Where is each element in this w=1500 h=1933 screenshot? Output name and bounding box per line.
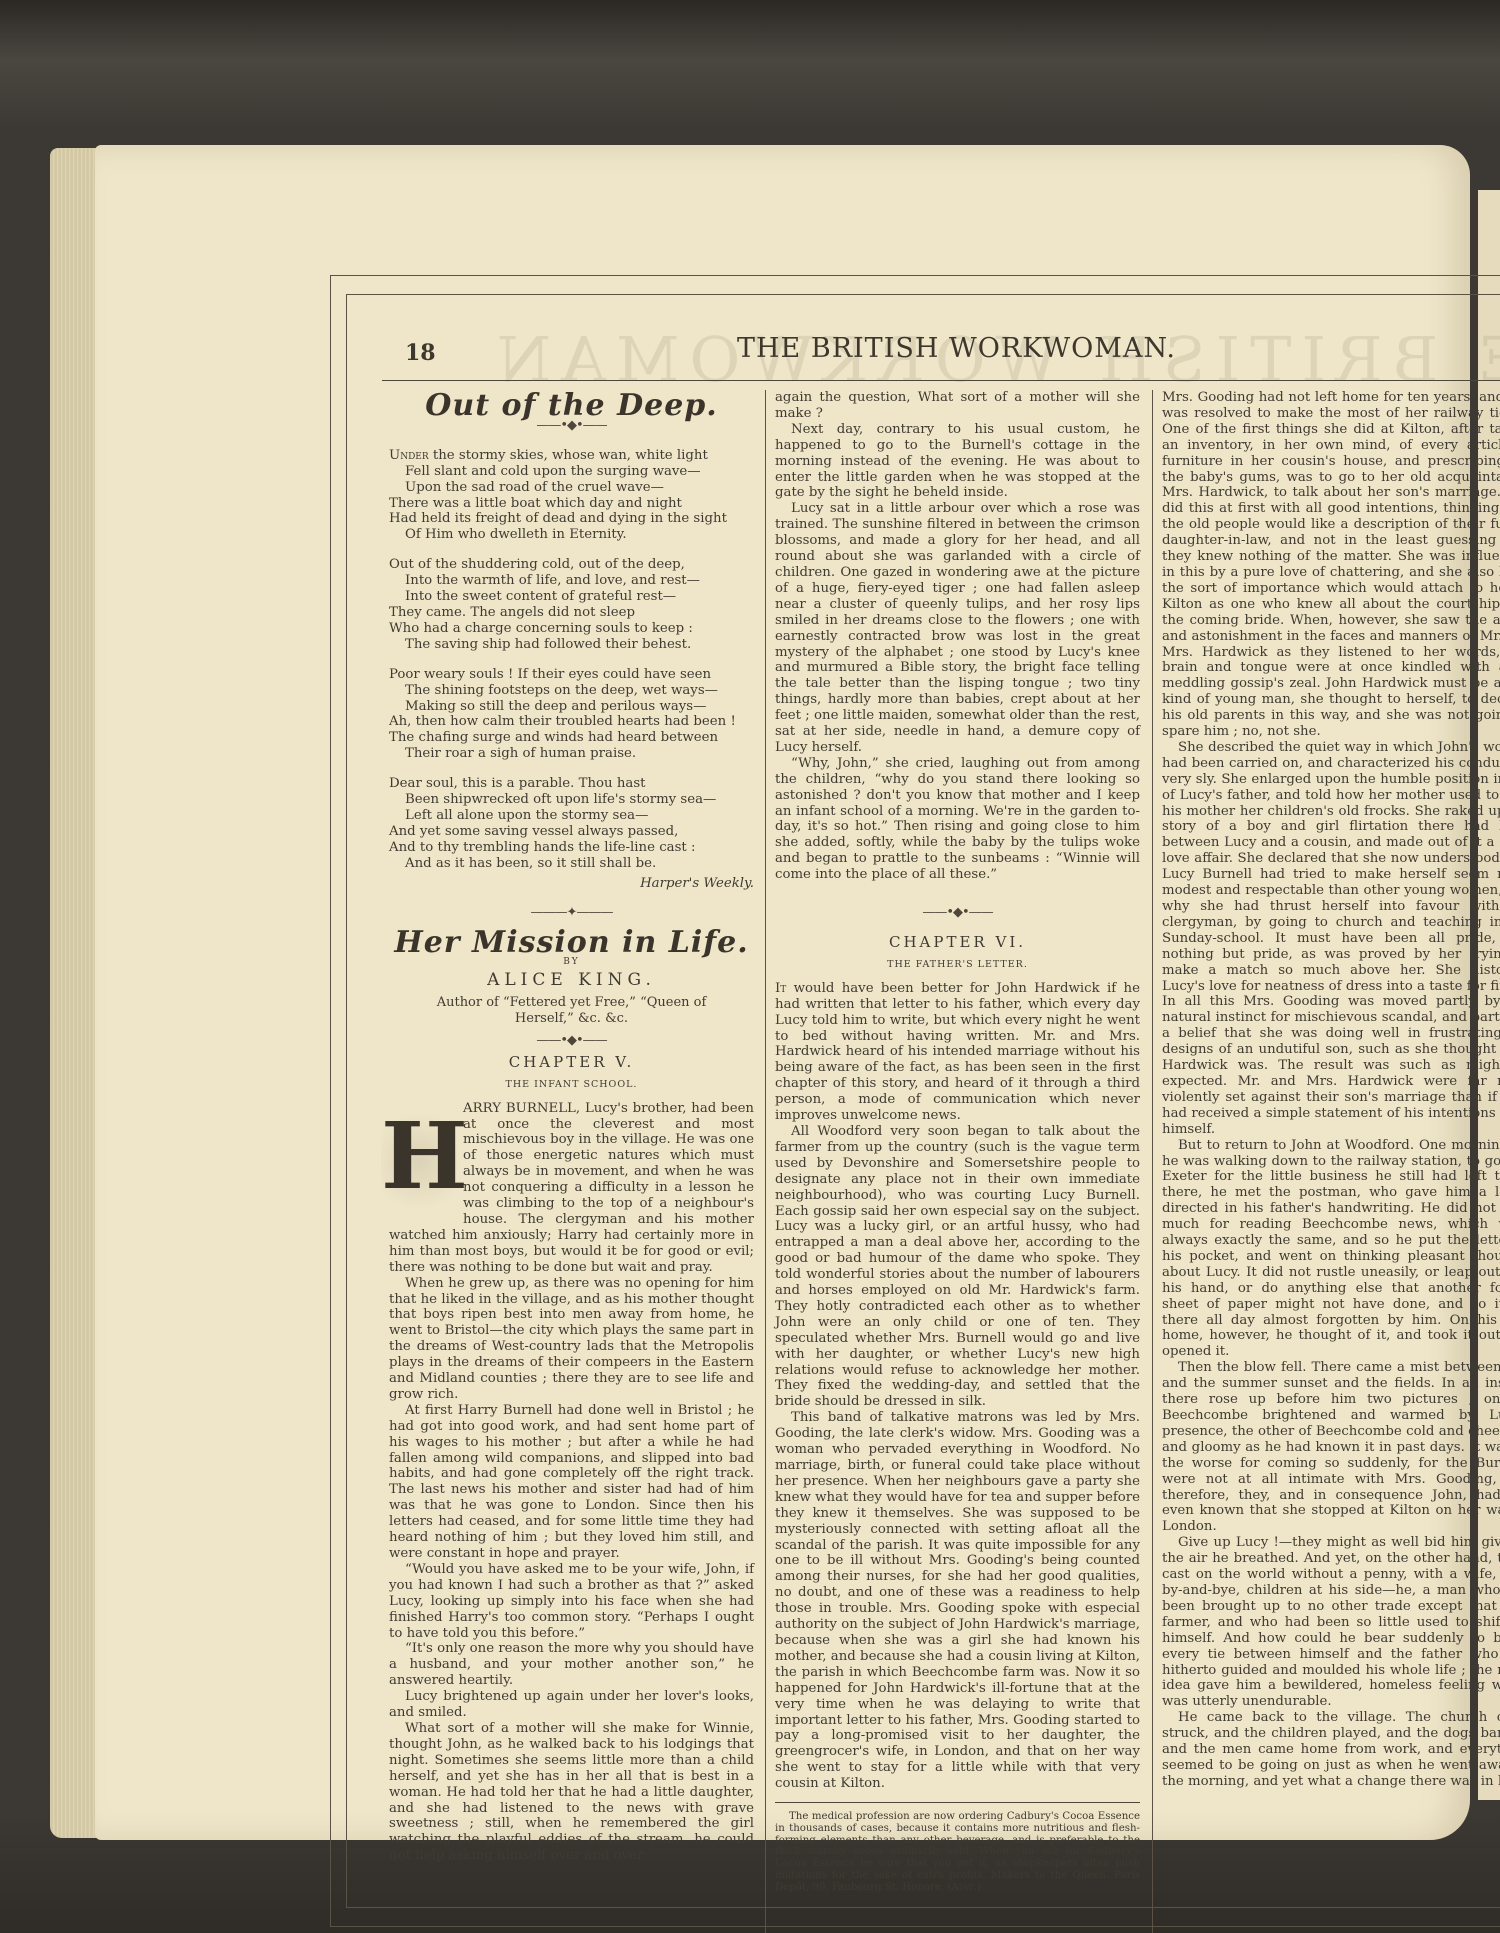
- poem-line: Out of the shuddering cold, out of the d…: [389, 557, 754, 573]
- paragraph: Mrs. Gooding had not left home for ten y…: [1162, 390, 1500, 740]
- poem-line-text: They came. The angels did not sleep: [389, 605, 635, 620]
- poem-attribution: Harper's Weekly.: [389, 876, 754, 892]
- poem-line-text: And as it has been, so it still shall be…: [405, 856, 656, 871]
- poem-line-text: Had held its freight of dead and dying i…: [389, 511, 727, 526]
- poem-line-text: The chafing surge and winds had heard be…: [389, 730, 718, 745]
- poem-line: The shining footsteps on the deep, wet w…: [389, 683, 754, 699]
- poem-line-text: Of Him who dwelleth in Eternity.: [405, 527, 627, 542]
- paragraph: He came back to the village. The church …: [1162, 1710, 1500, 1790]
- poem-line: Under the stormy skies, whose wan, white…: [389, 448, 754, 464]
- paragraph: “Why, John,” she cried, laughing out fro…: [775, 756, 1140, 883]
- poem-line: And as it has been, so it still shall be…: [389, 856, 754, 872]
- poem-line-text: Who had a charge concerning souls to kee…: [389, 621, 693, 636]
- chapter-opening: H ARRY BURNELL, Lucy's brother, had been…: [389, 1101, 754, 1276]
- poem-line: Had held its freight of dead and dying i…: [389, 511, 754, 527]
- poem-line: They came. The angels did not sleep: [389, 605, 754, 621]
- advertisement-text: The medical profession are now ordering …: [775, 1811, 1140, 1894]
- poem-line: Into the sweet content of grateful rest—: [389, 589, 754, 605]
- poem-line: Who had a charge concerning souls to kee…: [389, 621, 754, 637]
- poem-line-text: Into the warmth of life, and love, and r…: [405, 573, 700, 588]
- advertisement-body: The medical profession are now ordering …: [775, 1811, 1140, 1893]
- poem-line: Been shipwrecked oft upon life's stormy …: [389, 792, 754, 808]
- paragraph: “It's only one reason the more why you s…: [389, 1641, 754, 1689]
- poem-line: Poor weary souls ! If their eyes could h…: [389, 667, 754, 683]
- inner-border: THE BRITISH WORKWOMAN 18 THE BRITISH WOR…: [346, 294, 1500, 1908]
- masthead-title: THE BRITISH WORKWOMAN.: [737, 333, 1176, 364]
- poem-line-text: Poor weary souls ! If their eyes could h…: [389, 667, 711, 682]
- paragraph: When he grew up, as there was no opening…: [389, 1276, 754, 1403]
- poem-line: Their roar a sigh of human praise.: [389, 746, 754, 762]
- advertisement: The medical profession are now ordering …: [775, 1802, 1140, 1894]
- outer-border: THE BRITISH WORKWOMAN 18 THE BRITISH WOR…: [330, 275, 1500, 1927]
- poem-line-text: Left all alone upon the stormy sea—: [405, 808, 648, 823]
- paragraph: At first Harry Burnell had done well in …: [389, 1403, 754, 1562]
- poem-line-text: And to thy trembling hands the life-line…: [389, 840, 695, 855]
- poem-line: Into the warmth of life, and love, and r…: [389, 573, 754, 589]
- poem-line: Making so still the deep and perilous wa…: [389, 699, 754, 715]
- chapter-title: CHAPTER V.: [389, 1055, 754, 1071]
- paragraph: She described the quiet way in which Joh…: [1162, 740, 1500, 1138]
- column-3: Mrs. Gooding had not left home for ten y…: [1162, 390, 1500, 1790]
- poem-line: The saving ship had followed their behes…: [389, 637, 754, 653]
- paragraph-text: would have been better for John Hardwick…: [775, 981, 1140, 1123]
- poem-line: Fell slant and cold upon the surging wav…: [389, 464, 754, 480]
- page-number: 18: [405, 340, 436, 366]
- advertisement-tag: (Advt.): [947, 1882, 981, 1893]
- lead-word: It: [775, 981, 786, 996]
- lead-word: Under: [389, 448, 429, 463]
- poem-stanza: Out of the shuddering cold, out of the d…: [389, 557, 754, 652]
- story-title: Her Mission in Life.: [389, 935, 754, 951]
- poem-stanza: Dear soul, this is a parable. Thou hastB…: [389, 776, 754, 871]
- poem-line-text: Dear soul, this is a parable. Thou hast: [389, 776, 646, 791]
- paragraph: All Woodford very soon began to talk abo…: [775, 1124, 1140, 1410]
- poem-line: Ah, then how calm their troubled hearts …: [389, 714, 754, 730]
- poem-line-text: Ah, then how calm their troubled hearts …: [389, 714, 736, 729]
- poem-body: Under the stormy skies, whose wan, white…: [389, 448, 754, 872]
- poem-line-text: There was a little boat which day and ni…: [389, 496, 682, 511]
- poem-line-text: And yet some saving vessel always passed…: [389, 824, 678, 839]
- column-1: Out of the Deep. ——•◆•—— Under the storm…: [389, 390, 754, 1864]
- paragraph: Then the blow fell. There came a mist be…: [1162, 1360, 1500, 1535]
- paragraph: “Would you have asked me to be your wife…: [389, 1562, 754, 1642]
- column-2: again the question, What sort of a mothe…: [775, 390, 1140, 1894]
- poem-line-text: Out of the shuddering cold, out of the d…: [389, 557, 685, 572]
- paragraph: Lucy sat in a little arbour over which a…: [775, 501, 1140, 756]
- paragraph: Lucy brightened up again under her lover…: [389, 1689, 754, 1721]
- paragraph: What sort of a mother will she make for …: [389, 1721, 754, 1864]
- ornament-divider: ———✦———: [389, 905, 754, 921]
- poem-stanza: Poor weary souls ! If their eyes could h…: [389, 667, 754, 762]
- column-divider: [1152, 390, 1153, 1933]
- ornament-divider: ——•◆•——: [389, 1033, 754, 1049]
- magazine-page: THE BRITISH WORKWOMAN 18 THE BRITISH WOR…: [95, 145, 1470, 1840]
- poem-line: There was a little boat which day and ni…: [389, 496, 754, 512]
- poem-line-text: Into the sweet content of grateful rest—: [405, 589, 676, 604]
- poem-title: Out of the Deep.: [389, 398, 754, 414]
- poem-line: Upon the sad road of the cruel wave—: [389, 480, 754, 496]
- paragraph: But to return to John at Woodford. One m…: [1162, 1138, 1500, 1361]
- poem-line-text: Making so still the deep and perilous wa…: [405, 699, 706, 714]
- author-works: Author of “Fettered yet Free,” “Queen of…: [389, 995, 754, 1027]
- paragraph: This band of talkative matrons was led b…: [775, 1410, 1140, 1792]
- chapter-subtitle: THE FATHER'S LETTER.: [775, 957, 1140, 973]
- paragraph: Next day, contrary to his usual custom, …: [775, 422, 1140, 502]
- poem-line-text: Their roar a sigh of human praise.: [405, 746, 636, 761]
- author-name: ALICE KING.: [389, 973, 754, 989]
- poem-line: And yet some saving vessel always passed…: [389, 824, 754, 840]
- poem-line: The chafing surge and winds had heard be…: [389, 730, 754, 746]
- column-divider: [765, 390, 766, 1933]
- chapter-subtitle: THE INFANT SCHOOL.: [389, 1077, 754, 1093]
- header-rule: [382, 380, 1500, 381]
- paragraph: again the question, What sort of a mothe…: [775, 390, 1140, 422]
- paragraph: It would have been better for John Hardw…: [775, 981, 1140, 1124]
- chapter-title: CHAPTER VI.: [775, 935, 1140, 951]
- poem-line-text: The saving ship had followed their behes…: [405, 637, 691, 652]
- poem-line-text: Been shipwrecked oft upon life's stormy …: [405, 792, 716, 807]
- poem-line-text: Upon the sad road of the cruel wave—: [405, 480, 664, 495]
- poem-line-text: Fell slant and cold upon the surging wav…: [405, 464, 701, 479]
- paragraph: Give up Lucy !—they might as well bid hi…: [1162, 1535, 1500, 1710]
- ornamental-dropcap-icon: H: [381, 1101, 457, 1221]
- poem-line-text: The shining footsteps on the deep, wet w…: [405, 683, 718, 698]
- poem-line-text: the stormy skies, whose wan, white light: [433, 448, 708, 463]
- poem-stanza: Under the stormy skies, whose wan, white…: [389, 448, 754, 543]
- poem-line: Left all alone upon the stormy sea—: [389, 808, 754, 824]
- poem-line: Dear soul, this is a parable. Thou hast: [389, 776, 754, 792]
- poem-line: Of Him who dwelleth in Eternity.: [389, 527, 754, 543]
- ornament-divider: ——•◆•——: [775, 905, 1140, 921]
- poem-line: And to thy trembling hands the life-line…: [389, 840, 754, 856]
